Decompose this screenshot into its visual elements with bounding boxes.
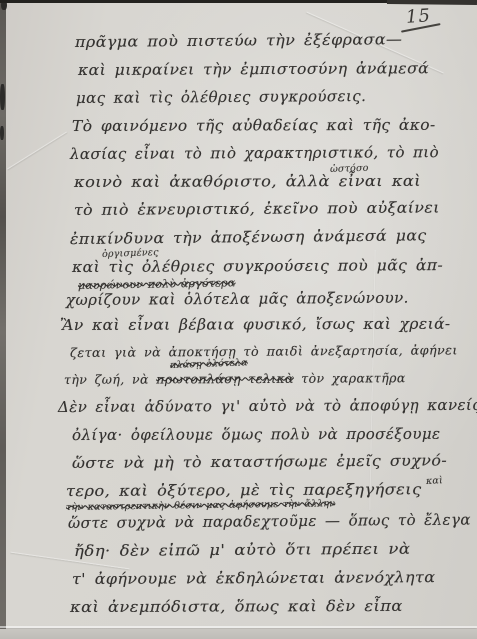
manuscript-line: τὸ πιὸ ἐκνευριστικό, ἐκεῖνο ποὺ αὐξαίνει	[74, 198, 440, 219]
manuscript-line: καὶ ἀνεμπόδιστα, ὅπως καὶ δὲν εἶπα	[70, 597, 403, 616]
manuscript-line: χωρίζουν καὶ ὁλότελα μᾶς ἀποξενώνουν.	[66, 289, 409, 309]
interlinear-insertion: ὡστόσο	[330, 163, 369, 175]
edge-mark	[0, 84, 5, 110]
scanned-page: 15 πρᾶγμα ποὺ πιστεύω τὴν ἐξέφρασα— καὶ …	[0, 0, 477, 639]
manuscript-line: ὀλίγα· ὀφείλουμε ὅμως πολὺ νὰ προσέξουμε	[72, 425, 440, 444]
manuscript-line: Ἂν καὶ εἶναι βέβαια φυσικό, ἴσως καὶ χρε…	[60, 315, 451, 334]
manuscript-text: τὴν ζωή, νὰ	[64, 372, 156, 387]
page-number: 15	[405, 5, 431, 28]
struck-text: πρωτοπλάσῃ τελικὰ	[156, 371, 294, 387]
manuscript-text: τὸν χαρακτῆρα	[294, 370, 406, 386]
manuscript-line: ἐπικίνδυνα τὴν ἀποξένωση ἀνάμεσά μας	[70, 226, 427, 248]
manuscript-line: πρᾶγμα ποὺ πιστεύω τὴν ἐξέφρασα—	[75, 30, 402, 51]
manuscript-line: Δὲν εἶναι ἀδύνατο γι' αὐτὸ νὰ τὸ ἀποφύγῃ…	[58, 396, 477, 416]
bottom-fold-crease	[0, 626, 477, 628]
manuscript-line: τερο, καὶ ὀξύτερο, μὲ τὶς παρεξηγήσεις	[66, 480, 422, 500]
interlinear-insertion: ὀργισμένες	[102, 247, 159, 260]
manuscript-line: ὥστε νὰ μὴ τὸ καταστήσωμε ἐμεῖς συχνό-	[72, 451, 447, 472]
manuscript-line: καὶ μικραίνει τὴν ἐμπιστοσύνη ἀνάμεσά	[78, 59, 429, 79]
interlinear-insertion: καὶ	[426, 475, 444, 487]
scan-bottom-edge	[0, 629, 477, 639]
manuscript-line: κοινὸ καὶ ἀκαθόριστο, ἀλλὰ εἶναι καὶ	[74, 172, 421, 191]
manuscript-line: ἤδη· δὲν εἰπῶ μ' αὐτὸ ὅτι πρέπει νὰ	[74, 540, 410, 560]
edge-mark	[0, 126, 4, 140]
manuscript-line: λασίας εἶναι τὸ πιὸ χαρακτηριστικό, τὸ π…	[70, 143, 439, 163]
manuscript-line: ζεται γιὰ νὰ ἀποκτήσῃ τὸ παιδὶ ἀνεξαρτησ…	[70, 342, 458, 360]
struck-insertion: μαυρώνουν πολὺ ἀργότερα	[78, 276, 236, 292]
manuscript-line: τὴν ζωή, νὰ πρωτοπλάσῃ τελικὰ τὸν χαρακτ…	[64, 370, 406, 387]
manuscript-line: τ' ἀφήνουμε νὰ ἐκδηλώνεται ἀνενόχλητα	[72, 568, 435, 588]
manuscript-line: μας καὶ τὶς ὀλέθριες συγκρούσεις.	[76, 87, 366, 107]
manuscript-line: Τὸ φαινόμενο τῆς αὐθαδείας καὶ τῆς ἀκο-	[72, 116, 436, 135]
manuscript-line: ὥστε συχνὰ νὰ παραδεχτοῦμε — ὅπως τὸ ἔλε…	[68, 510, 471, 532]
